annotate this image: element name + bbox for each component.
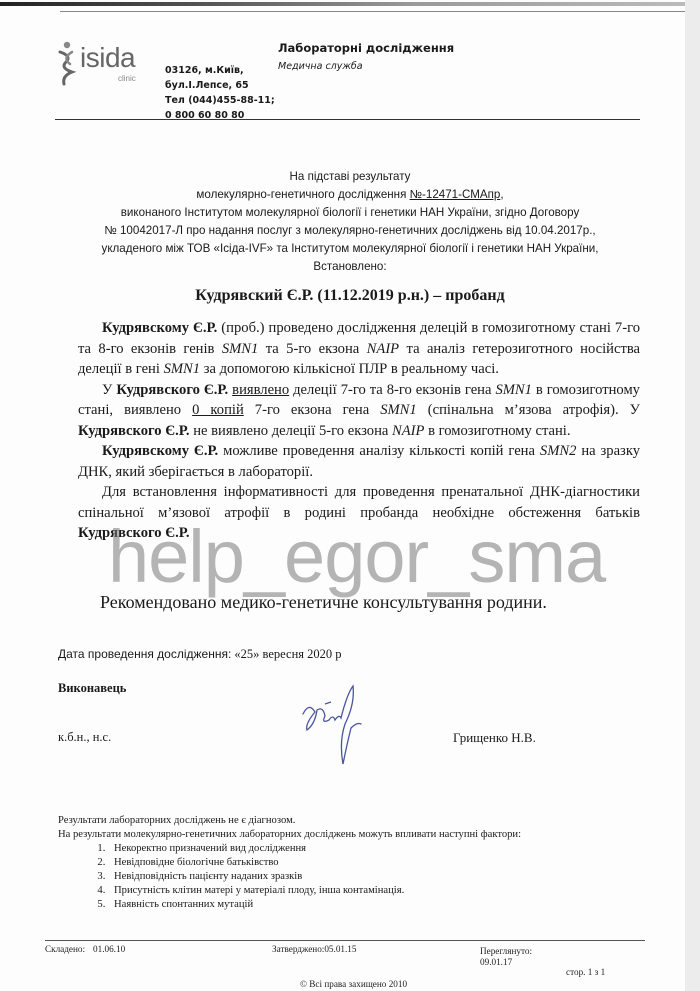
paragraph-smn2: Кудрявскому Є.Р. можливе проведення анал… (78, 441, 640, 482)
intro-line: виконаного Інститутом молекулярної біоло… (40, 204, 660, 222)
patient-name: Кудрявского Є.Р. (78, 423, 190, 439)
gene-name: NAIP (367, 341, 399, 357)
document-page: isida clinic 03126, м.Київ, бул.І.Лепсе,… (0, 0, 685, 991)
findings-body: Кудрявскому Є.Р. (проб.) проведено дослі… (78, 318, 640, 544)
patient-name: Кудрявскому Є.Р. (102, 320, 217, 336)
recommendation: Рекомендовано медико-генетичне консульту… (100, 592, 547, 613)
factor-item: Наявність спонтанних мутацій (108, 898, 521, 912)
disclaimer-line: На результати молекулярно-генетичних лаб… (58, 828, 521, 842)
page-number: стор. 1 з 1 (566, 967, 605, 977)
composed-label: Складено: (45, 944, 85, 954)
gene-name: SMN1 (222, 341, 258, 357)
study-date-label: Дата проведення дослідження: (58, 647, 231, 661)
department-title: Лабораторні дослідження (278, 41, 454, 55)
isida-logo: isida clinic (58, 40, 148, 86)
factor-item: Невідповідність пацієнту наданих зразків (108, 870, 521, 884)
text: в гомозиготному стані. (424, 423, 570, 439)
address-hotline: 0 800 60 80 80 (165, 108, 275, 123)
paragraph-study: Кудрявскому Є.Р. (проб.) проведено дослі… (78, 318, 640, 380)
text: У (102, 382, 116, 398)
reviewed-date: 09.01.17 (480, 957, 512, 967)
study-date-value: «25» вересня 2020 р (231, 647, 341, 661)
intro-line: № 10042017-Л про надання послуг з молеку… (40, 222, 660, 240)
gene-name: NAIP (392, 423, 424, 439)
factor-item: Некоректно призначений вид дослідження (108, 842, 521, 856)
text: (спінальна м’язова атрофія). У (417, 402, 640, 418)
text: за допомогою кількісної ПЛР в реальному … (200, 361, 499, 377)
approved-date: Затверджено:05.01.15 (272, 944, 357, 954)
scan-edge-line (60, 11, 685, 12)
text: Для встановлення інформативності для про… (78, 484, 640, 521)
disclaimer-line: Результати лабораторних досліджень не є … (58, 814, 521, 828)
paragraph-parents: Для встановлення інформативності для про… (78, 482, 640, 544)
department-subtitle: Медична служба (278, 61, 363, 72)
executor-name: Грищенко Н.В. (453, 730, 536, 746)
patient-name: Кудрявскому Є.Р. (102, 443, 218, 459)
copyright: © Всі права захищено 2010 (300, 979, 407, 989)
paragraph-result: У Кудрявского Є.Р. виявлено делеції 7-го… (78, 380, 640, 442)
footer-divider (45, 940, 645, 941)
text: та 5-го екзона (258, 341, 366, 357)
intro-line: На підставі результату (40, 168, 660, 186)
logo-subtitle: clinic (118, 74, 136, 83)
result-found: виявлено (232, 382, 289, 398)
intro-line: молекулярно-генетичного дослідження №-12… (40, 186, 660, 204)
intro-line: Встановлено: (40, 258, 660, 276)
scan-edge (0, 2, 685, 6)
copy-count: 0 копій (192, 402, 244, 418)
text: не виявлено делеції 5-го екзона (190, 423, 392, 439)
logo-wordmark: isida (80, 42, 135, 74)
intro-line: укладеного між ТОВ «Ісіда-IVF» та Інстит… (40, 240, 660, 258)
address-line: бул.І.Лепсе, 65 (165, 78, 275, 93)
patient-name: Кудрявского Є.Р. (116, 382, 228, 398)
address-phone: Тел (044)455-88-11; (165, 93, 275, 108)
text: 7-го екзона гена (244, 402, 380, 418)
gene-name: SMN1 (495, 382, 531, 398)
gene-name: SMN1 (164, 361, 200, 377)
reviewed-label: Переглянуто: (480, 946, 532, 956)
factors-list: Некоректно призначений вид дослідження Н… (58, 842, 521, 912)
study-date: Дата проведення дослідження: «25» вересн… (58, 647, 342, 662)
clinic-address: 03126, м.Київ, бул.І.Лепсе, 65 Тел (044)… (165, 63, 275, 123)
intro-block: На підставі результату молекулярно-генет… (40, 168, 660, 276)
factor-item: Невідповідне біологічне батьківство (108, 856, 521, 870)
signature-icon (295, 684, 375, 766)
intro-text: , (500, 188, 503, 201)
text: делеції 7-го та 8-го екзонів гена (289, 382, 495, 398)
patient-name: Кудрявского Є.Р. (78, 525, 190, 541)
page-margin (685, 0, 700, 991)
executor-label: Виконавець (58, 681, 126, 696)
study-number: №-12471-СМАпр (410, 188, 501, 201)
gene-name: SMN2 (540, 443, 576, 459)
executor-degree: к.б.н., н.с. (58, 730, 111, 745)
address-line: 03126, м.Київ, (165, 63, 275, 78)
disclaimer: Результати лабораторних досліджень не є … (58, 814, 521, 912)
factor-item: Присутність клітин матері у матеріалі пл… (108, 884, 521, 898)
text: можливе проведення аналізу кількості коп… (218, 443, 540, 459)
proband-title: Кудрявский Є.Р. (11.12.2019 р.н.) – проб… (40, 287, 660, 305)
header-divider (55, 119, 640, 120)
intro-text: молекулярно-генетичного дослідження (196, 188, 409, 201)
gene-name: SMN1 (380, 402, 416, 418)
isida-figure-icon (58, 40, 80, 86)
composed-date: 01.06.10 (93, 944, 125, 954)
